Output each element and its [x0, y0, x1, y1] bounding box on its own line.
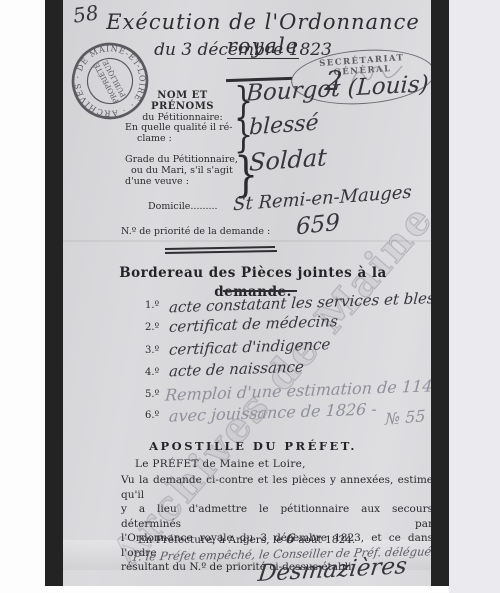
date-prefix: En Préfecture, à Angers, le [138, 534, 282, 546]
field-quality-label: En quelle qualité il ré- clame : [125, 122, 243, 144]
scan-left-border [45, 0, 63, 586]
document-page: Archives de Maine et Loire 58 Exécution … [63, 0, 431, 586]
item-text: acte de naissance [168, 358, 304, 381]
item-number: 4.º [145, 367, 159, 378]
item-number: 2.º [145, 322, 159, 333]
date-line: En Préfecture, à Angers, le 6 août 1824. [138, 532, 355, 547]
field-domicile-value: St Remi-en-Mauges [233, 182, 412, 216]
paper-crease [63, 240, 431, 242]
item-text-pencil: Remploi d'une estimation de 114 [164, 376, 431, 404]
apostille-salutation: Le PRÉFET de Maine et Loire, [135, 458, 306, 470]
field-quality-value: blessé [249, 111, 319, 141]
field-grade-value: Soldat [249, 143, 328, 177]
item-number: 1.º [145, 300, 159, 311]
field-name-label: NOM ET PRÉNOMS du Pétitionnaire: [125, 90, 240, 123]
pencil-note: № 55 [385, 406, 426, 429]
bordereau-rule [223, 290, 297, 292]
item-text: certificat de médecins [168, 312, 338, 336]
priority-rule-top [165, 246, 275, 249]
date-day-handwritten: 6 [285, 532, 296, 547]
scan-right-margin [449, 0, 500, 593]
priority-rule-bottom [165, 250, 277, 253]
folio-number: 58 [71, 0, 100, 27]
item-number: 6.º [145, 410, 159, 421]
item-number: 5.º [145, 389, 159, 400]
apostille-line: Vu la demande ci-contre et les pièces y … [121, 473, 431, 502]
scanned-document: Archives de Maine et Loire 58 Exécution … [0, 0, 500, 593]
apostille-heading: APOSTILLE DU PRÉFET. [93, 435, 413, 454]
item-text: certificat d'indigence [168, 335, 331, 359]
scan-right-border [431, 0, 449, 586]
field-priority-value: 659 [296, 210, 340, 241]
title-text: Exécution de l'Ordonnance [106, 10, 420, 34]
apostille-line: y a lieu d'admettre le pétitionnaire aux… [121, 502, 431, 531]
field-domicile-label: Domicile......... [148, 201, 218, 212]
item-number: 3.º [145, 345, 159, 356]
field-grade-label: Grade du Pétitionnaire, ou du Mari, s'il… [125, 154, 243, 187]
field-priority-label: N.º de priorité de la demande : [121, 226, 270, 237]
date-suffix: août 1824. [298, 534, 355, 546]
